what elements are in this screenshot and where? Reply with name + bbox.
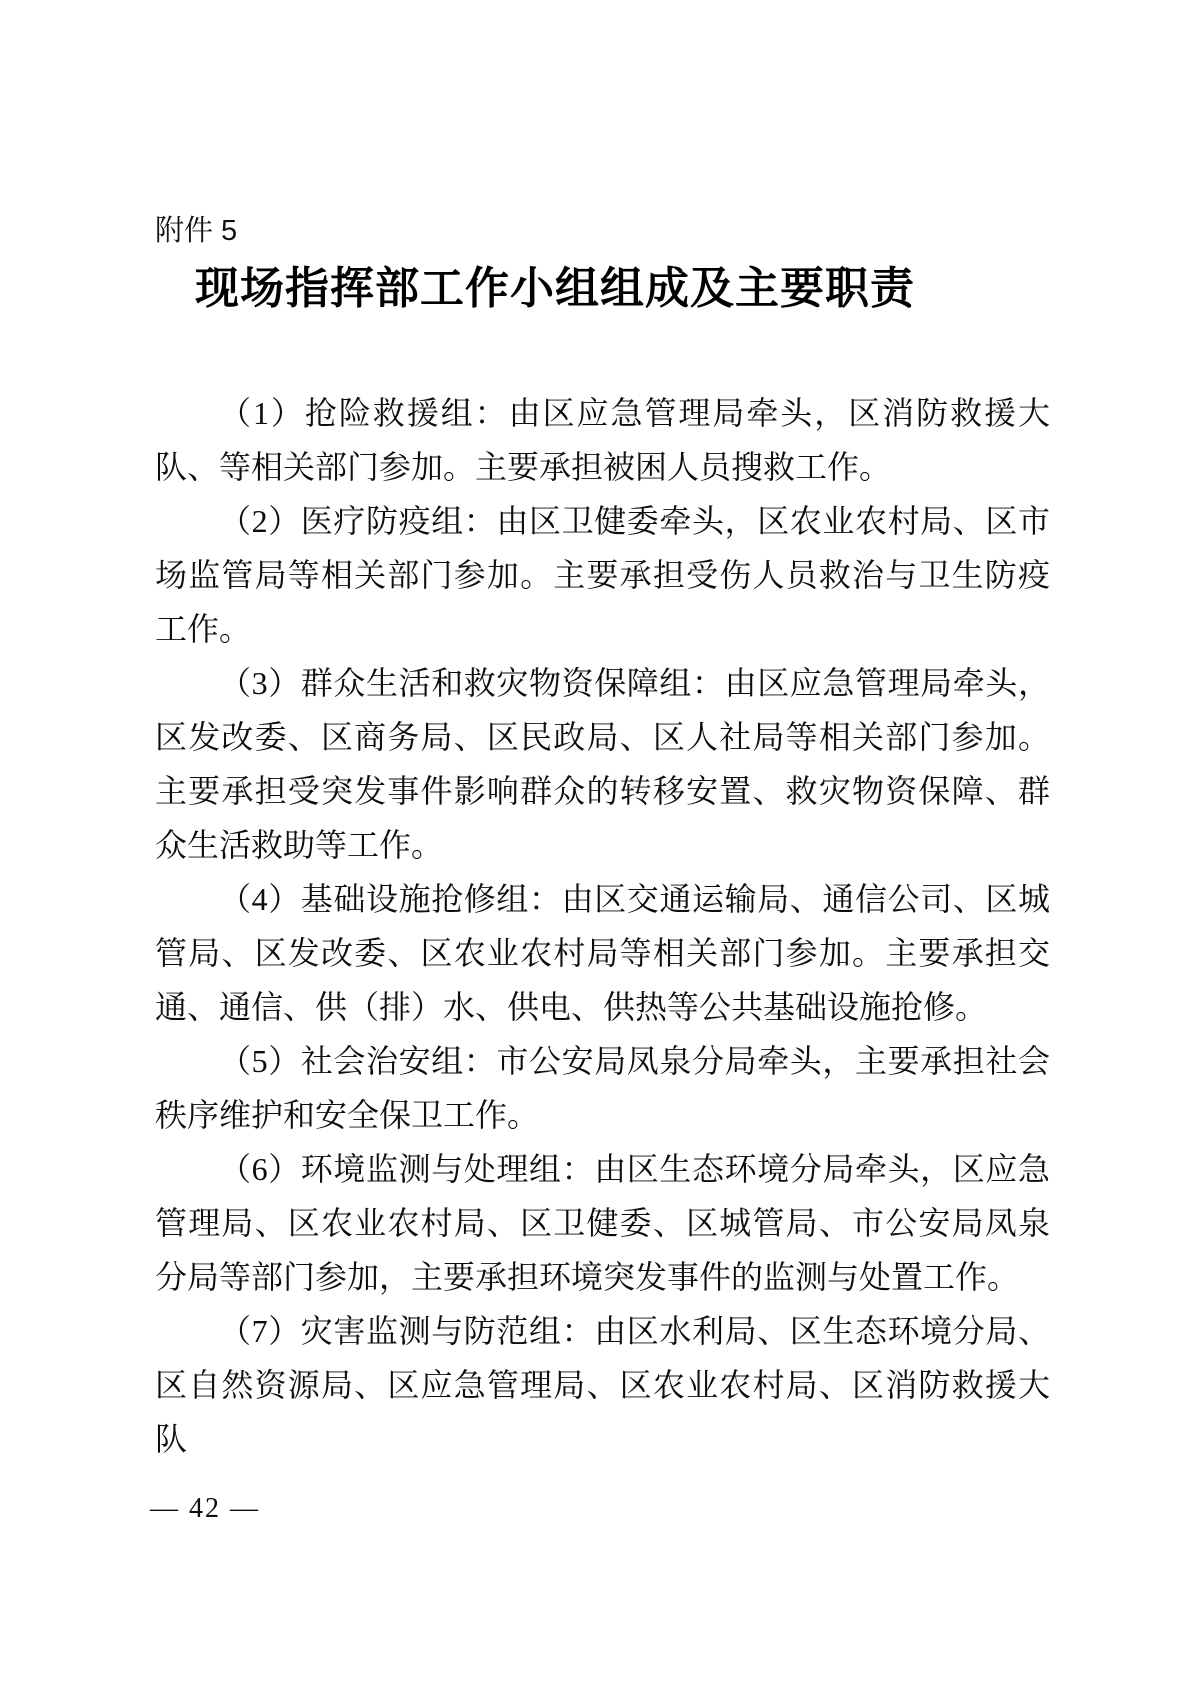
paragraph-1: （1）抢险救援组：由区应急管理局牵头，区消防救援大队、等相关部门参加。主要承担被… (155, 386, 1050, 494)
document-content: 附件 5 现场指挥部工作小组组成及主要职责 （1）抢险救援组：由区应急管理局牵头… (0, 0, 1190, 1466)
page-title: 现场指挥部工作小组组成及主要职责 (155, 260, 1050, 318)
document-body: （1）抢险救援组：由区应急管理局牵头，区消防救援大队、等相关部门参加。主要承担被… (155, 386, 1050, 1466)
paragraph-4: （4）基础设施抢修组：由区交通运输局、通信公司、区城管局、区发改委、区农业农村局… (155, 872, 1050, 1034)
paragraph-5: （5）社会治安组：市公安局凤泉分局牵头，主要承担社会秩序维护和安全保卫工作。 (155, 1034, 1050, 1142)
paragraph-7: （7）灾害监测与防范组：由区水利局、区生态环境分局、区自然资源局、区应急管理局、… (155, 1304, 1050, 1466)
document-page: 附件 5 现场指挥部工作小组组成及主要职责 （1）抢险救援组：由区应急管理局牵头… (0, 0, 1190, 1683)
paragraph-2: （2）医疗防疫组：由区卫健委牵头，区农业农村局、区市场监管局等相关部门参加。主要… (155, 494, 1050, 656)
page-number: — 42 — (150, 1492, 260, 1526)
attachment-label: 附件 5 (155, 0, 1050, 248)
paragraph-6: （6）环境监测与处理组：由区生态环境分局牵头，区应急管理局、区农业农村局、区卫健… (155, 1142, 1050, 1304)
paragraph-3: （3）群众生活和救灾物资保障组：由区应急管理局牵头，区发改委、区商务局、区民政局… (155, 656, 1050, 872)
